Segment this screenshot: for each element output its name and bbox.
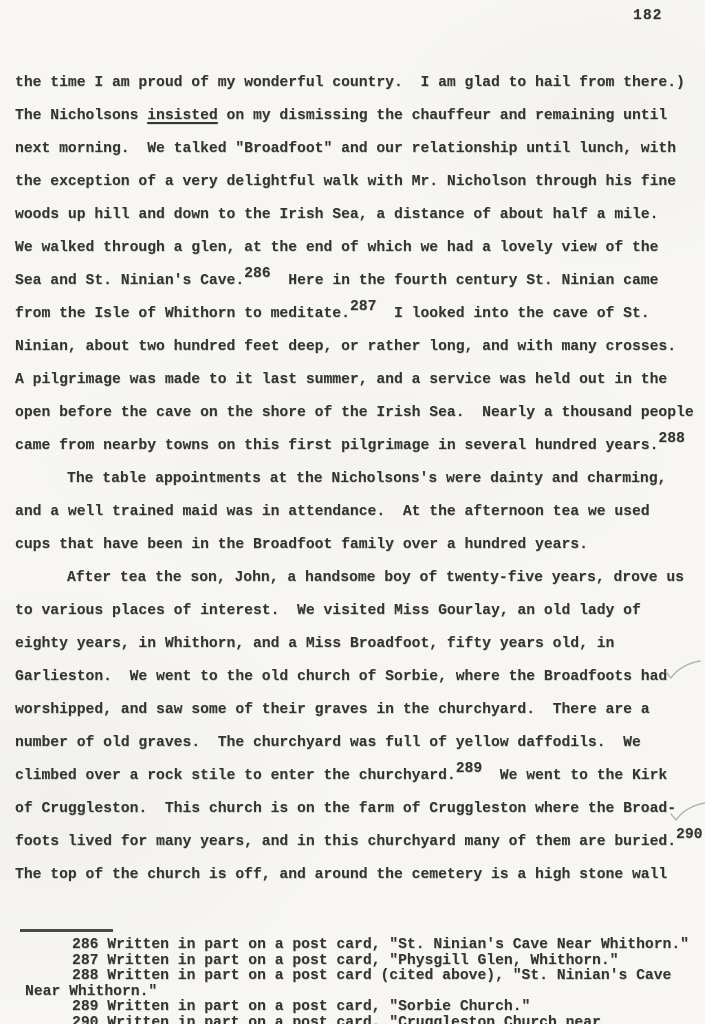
text-segment: We went to the Kirk: [482, 768, 667, 784]
text-segment: A pilgrimage was made to it last summer,…: [15, 372, 667, 388]
text-segment: The table appointments at the Nicholsons…: [67, 471, 666, 487]
footnote-line: 290 Written in part on a post card, "Cru…: [15, 1016, 705, 1024]
body-line: the time I am proud of my wonderful coun…: [15, 67, 699, 100]
body-line: The top of the church is off, and around…: [15, 859, 699, 892]
body-line: foots lived for many years, and in this …: [15, 826, 699, 859]
text-segment: of Cruggleston. This church is on the fa…: [15, 801, 676, 817]
document-page: 182 the time I am proud of my wonderful …: [0, 0, 705, 1024]
body-line: We walked through a glen, at the end of …: [15, 232, 699, 265]
text-segment: Here in the fourth century St. Ninian ca…: [271, 273, 659, 289]
footnote-line: 286 Written in part on a post card, "St.…: [15, 938, 705, 954]
text-segment: I looked into the cave of St.: [376, 306, 649, 322]
body-line: next morning. We talked "Broadfoot" and …: [15, 133, 699, 166]
body-text: the time I am proud of my wonderful coun…: [15, 67, 699, 892]
text-segment: climbed over a rock stile to enter the c…: [15, 768, 456, 784]
body-line: of Cruggleston. This church is on the fa…: [15, 793, 699, 826]
body-line: open before the cave on the shore of the…: [15, 397, 699, 430]
text-segment: from the Isle of Whithorn to meditate.: [15, 306, 350, 322]
body-line: After tea the son, John, a handsome boy …: [15, 562, 699, 595]
body-line: Sea and St. Ninian's Cave.286 Here in th…: [15, 265, 699, 298]
text-segment: on my dismissing the chauffeur and remai…: [218, 108, 668, 124]
body-line: to various places of interest. We visite…: [15, 595, 699, 628]
text-segment: Garlieston. We went to the old church of…: [15, 669, 667, 685]
body-line: Ninian, about two hundred feet deep, or …: [15, 331, 699, 364]
body-line: and a well trained maid was in attendanc…: [15, 496, 699, 529]
text-segment: to various places of interest. We visite…: [15, 603, 641, 619]
text-segment: The top of the church is off, and around…: [15, 867, 667, 883]
body-line: came from nearby towns on this first pil…: [15, 430, 699, 463]
text-segment: the time I am proud of my wonderful coun…: [15, 75, 685, 91]
text-segment: After tea the son, John, a handsome boy …: [67, 570, 684, 586]
text-segment: next morning. We talked "Broadfoot" and …: [15, 141, 676, 157]
text-segment: The Nicholsons: [15, 108, 147, 124]
footnote-line: 289 Written in part on a post card, "Sor…: [15, 1000, 705, 1016]
text-segment: foots lived for many years, and in this …: [15, 834, 676, 850]
text-segment: eighty years, in Whithorn, and a Miss Br…: [15, 636, 614, 652]
underlined-text: insisted: [147, 108, 218, 124]
body-line: woods up hill and down to the Irish Sea,…: [15, 199, 699, 232]
text-segment: cups that have been in the Broadfoot fam…: [15, 537, 588, 553]
footnote-line: 287 Written in part on a post card, "Phy…: [15, 954, 705, 970]
body-line: climbed over a rock stile to enter the c…: [15, 760, 699, 793]
footnote-line: 288 Written in part on a post card (cite…: [15, 969, 705, 985]
body-line: Garlieston. We went to the old church of…: [15, 661, 699, 694]
text-segment: and a well trained maid was in attendanc…: [15, 504, 650, 520]
text-segment: Sea and St. Ninian's Cave.: [15, 273, 244, 289]
text-segment: woods up hill and down to the Irish Sea,…: [15, 207, 658, 223]
body-line: cups that have been in the Broadfoot fam…: [15, 529, 699, 562]
text-segment: number of old graves. The churchyard was…: [15, 735, 641, 751]
text-segment: We walked through a glen, at the end of …: [15, 240, 658, 256]
body-line: The table appointments at the Nicholsons…: [15, 463, 699, 496]
body-line: A pilgrimage was made to it last summer,…: [15, 364, 699, 397]
body-line: number of old graves. The churchyard was…: [15, 727, 699, 760]
text-segment: open before the cave on the shore of the…: [15, 405, 694, 421]
text-segment: worshipped, and saw some of their graves…: [15, 702, 650, 718]
footnote-separator-rule: [20, 929, 113, 932]
text-segment: came from nearby towns on this first pil…: [15, 438, 658, 454]
body-line: The Nicholsons insisted on my dismissing…: [15, 100, 699, 133]
text-segment: the exception of a very delightful walk …: [15, 174, 676, 190]
page-number: 182: [633, 8, 662, 24]
body-line: worshipped, and saw some of their graves…: [15, 694, 699, 727]
body-line: the exception of a very delightful walk …: [15, 166, 699, 199]
text-segment: Ninian, about two hundred feet deep, or …: [15, 339, 676, 355]
footnotes: 286 Written in part on a post card, "St.…: [15, 938, 705, 1024]
footnote-line: Near Whithorn.": [15, 985, 705, 1001]
body-line: eighty years, in Whithorn, and a Miss Br…: [15, 628, 699, 661]
body-line: from the Isle of Whithorn to meditate.28…: [15, 298, 699, 331]
